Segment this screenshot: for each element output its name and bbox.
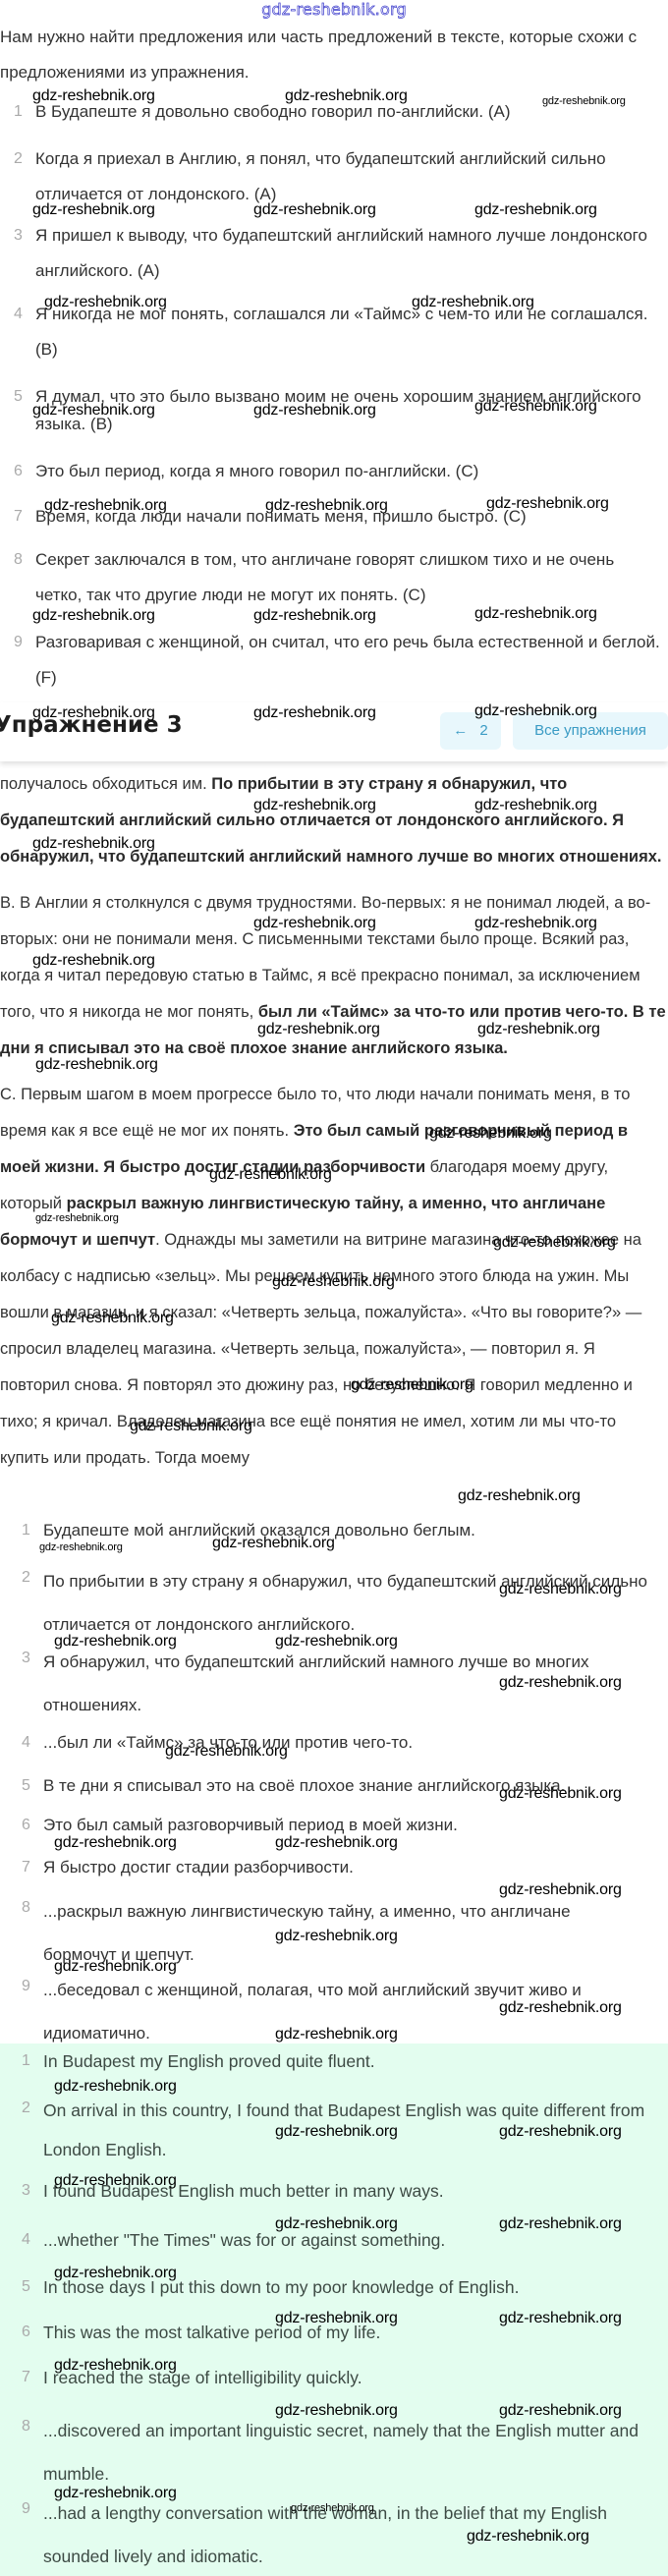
item-number: 7 (14, 499, 35, 534)
list-item: 1Будапеште мой английский оказался довол… (22, 1513, 668, 1548)
item-number: 5 (22, 1768, 43, 1804)
intro-text: Нам нужно найти предложения или часть пр… (0, 20, 668, 90)
item-number: 4 (22, 2222, 43, 2258)
site-logo[interactable]: gdz-reshebnik.org (0, 0, 668, 20)
item-number: 5 (22, 2269, 43, 2305)
item-text: In Budapest my English proved quite flue… (43, 2044, 668, 2079)
list-item: 2On arrival in this country, I found tha… (22, 2091, 650, 2169)
all-exercises-button[interactable]: Все упражнения (513, 712, 668, 750)
item-number: 5 (14, 379, 35, 415)
list-item: 2По прибытии в эту страну я обнаружил, ч… (22, 1560, 650, 1647)
list-item: 4...был ли «Таймс» за что-то или против … (22, 1725, 668, 1761)
list-item: 3Я пришел к выводу, что будапештский анг… (14, 218, 662, 289)
item-number: 8 (14, 542, 35, 578)
item-number: 4 (14, 297, 35, 332)
item-text: ...раскрыл важную лингвистическую тайну,… (43, 1890, 640, 1977)
item-number: 7 (22, 1850, 43, 1885)
page-title: Упражнение 3 (0, 712, 183, 738)
item-number: 9 (14, 625, 35, 660)
list-item: 8...discovered an important linguistic s… (22, 2409, 640, 2495)
list-item: 7Время, когда люди начали понимать меня,… (14, 499, 662, 534)
list-item: 6Это был период, когда я много говорил п… (14, 454, 662, 489)
item-text: Время, когда люди начали понимать меня, … (35, 499, 662, 534)
item-text: В Будапеште я довольно свободно говорил … (35, 94, 662, 130)
item-text: In those days I put this down to my poor… (43, 2269, 668, 2305)
item-text: ...discovered an important linguistic se… (43, 2409, 640, 2495)
item-number: 3 (22, 1641, 43, 1676)
item-text: ...whether "The Times" was for or agains… (43, 2222, 668, 2258)
item-number: 9 (22, 2492, 43, 2527)
list-item: 4Я никогда не мог понять, соглашался ли … (14, 297, 662, 367)
item-number: 4 (22, 1725, 43, 1761)
item-text: Я пришел к выводу, что будапештский англ… (35, 218, 662, 289)
previous-exercise-button[interactable]: ← 2 (440, 712, 501, 750)
item-number: 1 (14, 94, 35, 130)
item-text: Я никогда не мог понять, соглашался ли «… (35, 297, 662, 367)
item-number: 2 (14, 141, 35, 177)
list-item: 7Я быстро достиг стадии разборчивости. (22, 1850, 668, 1885)
item-number: 2 (22, 1560, 43, 1596)
list-item: 8...раскрыл важную лингвистическую тайну… (22, 1890, 640, 1977)
item-number: 8 (22, 2409, 43, 2444)
list-item: 6Это был самый разговорчивый период в мо… (22, 1808, 668, 1843)
item-text: Я обнаружил, что будапештский английский… (43, 1641, 650, 1727)
item-number: 6 (22, 1808, 43, 1843)
item-text: По прибытии в эту страну я обнаружил, чт… (43, 1560, 650, 1647)
item-text: I reached the stage of intelligibility q… (43, 2360, 668, 2395)
item-number: 1 (22, 2044, 43, 2079)
item-text: В те дни я списывал это на своё плохое з… (43, 1768, 668, 1804)
list-item: 9Разговаривая с женщиной, он считал, что… (14, 625, 662, 696)
arrow-left-icon: ← (453, 722, 468, 739)
item-number: 8 (22, 1890, 43, 1926)
item-text: Разговаривая с женщиной, он считал, что … (35, 625, 662, 696)
passage-paragraph-a: получалось обходиться им. По прибытии в … (0, 766, 668, 875)
passage-text: получалось обходиться им. По прибытии в … (0, 766, 668, 1505)
item-number: 3 (14, 218, 35, 253)
list-item: 9...had a lengthy conversation with the … (22, 2492, 640, 2576)
item-text: ...беседовал с женщиной, полагая, что мо… (43, 1969, 640, 2055)
item-number: 9 (22, 1969, 43, 2004)
item-text: ...had a lengthy conversation with the w… (43, 2492, 640, 2576)
item-number: 7 (22, 2360, 43, 2395)
item-text: Секрет заключался в том, что англичане г… (35, 542, 662, 613)
item-text: Я быстро достиг стадии разборчивости. (43, 1850, 668, 1885)
list-item: 3Я обнаружил, что будапештский английски… (22, 1641, 650, 1727)
item-number: 2 (22, 2091, 43, 2126)
list-item: 1В Будапеште я довольно свободно говорил… (14, 94, 662, 130)
previous-exercise-label: 2 (479, 722, 487, 739)
list-item: 5In those days I put this down to my poo… (22, 2269, 668, 2305)
list-item: 2Когда я приехал в Англию, я понял, что … (14, 141, 662, 212)
list-item: 8Секрет заключался в том, что англичане … (14, 542, 662, 613)
item-text: Я думал, что это было вызвано моим не оч… (35, 379, 662, 438)
item-number: 6 (14, 454, 35, 489)
item-number: 1 (22, 1513, 43, 1548)
list-item: 9...беседовал с женщиной, полагая, что м… (22, 1969, 640, 2055)
list-item: 5В те дни я списывал это на своё плохое … (22, 1768, 668, 1804)
item-text: This was the most talkative period of my… (43, 2315, 668, 2350)
list-item: 1In Budapest my English proved quite flu… (22, 2044, 668, 2079)
list-item: 7I reached the stage of intelligibility … (22, 2360, 668, 2395)
item-number: 3 (22, 2173, 43, 2209)
item-text: On arrival in this country, I found that… (43, 2091, 650, 2169)
item-text: ...был ли «Таймс» за что-то или против ч… (43, 1725, 668, 1761)
item-number: 6 (22, 2315, 43, 2350)
passage-paragraph-c: C. Первым шагом в моем прогрессе было то… (0, 1077, 668, 1477)
item-text: Это был период, когда я много говорил по… (35, 454, 662, 489)
list-item: 6This was the most talkative period of m… (22, 2315, 668, 2350)
list-item: 5Я думал, что это было вызвано моим не о… (14, 379, 662, 438)
list-item: 4...whether "The Times" was for or again… (22, 2222, 668, 2258)
list-item: 3I found Budapest English much better in… (22, 2173, 668, 2209)
passage-paragraph-b: B. В Англии я столкнулся с двумя труднос… (0, 885, 668, 1067)
item-text: Это был самый разговорчивый период в мое… (43, 1808, 668, 1843)
exercise-header: Упражнение 3 ← 2 Все упражнения (0, 702, 668, 761)
item-text: Будапеште мой английский оказался доволь… (43, 1513, 668, 1548)
item-text: Когда я приехал в Англию, я понял, что б… (35, 141, 662, 212)
item-text: I found Budapest English much better in … (43, 2173, 668, 2209)
